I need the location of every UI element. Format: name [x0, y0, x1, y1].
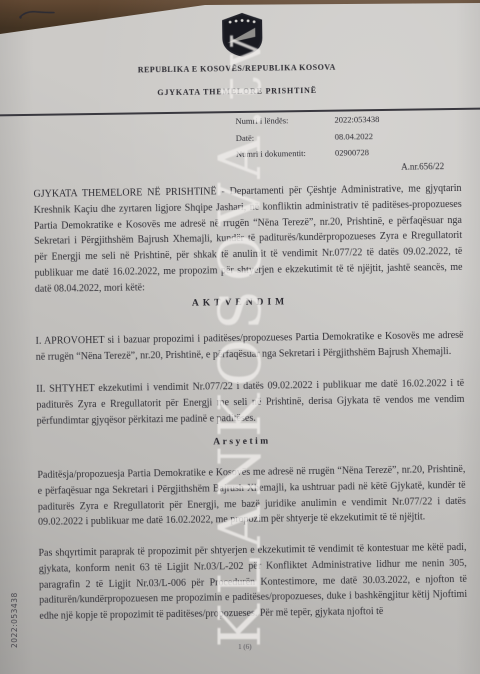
- reasoning-heading: Arsyetim: [2, 434, 480, 451]
- page-indicator: 1 (6): [5, 640, 480, 655]
- case-number-value: 2022:053438: [334, 114, 379, 125]
- date-label: Datë:: [236, 133, 255, 143]
- court-title: GJYKATA THEMELORE PRISHTINË: [0, 84, 477, 100]
- intro-paragraph: GJYKATA THEMELORE NË PRISHTINË - Departa…: [33, 181, 463, 298]
- scanned-court-document-photo: REPUBLIKA E KOSOVËS/REPUBLIKA KOSOVA GJY…: [0, 0, 480, 674]
- decision-heading: AKTVENDIM: [0, 295, 480, 312]
- case-number-label: Numri i lëndës:: [235, 115, 288, 126]
- decision-point-2: II. SHTYHET ekzekutimi i vendimit Nr.077…: [36, 376, 465, 429]
- act-number: A.nr.656/22: [0, 161, 444, 177]
- decision-point-1: I. APROVOHET si i bazuar propozimi i pad…: [35, 328, 463, 366]
- document-number-value: 02900728: [335, 147, 369, 157]
- reasoning-paragraph-1: Paditësja/propozuesja Partia Demokratike…: [37, 462, 466, 531]
- kosovo-court-shield-icon: [218, 11, 267, 59]
- document-number-label: Numri i dokumentit:: [236, 148, 306, 159]
- vertical-filing-code: 2022:053438: [10, 592, 19, 648]
- reasoning-paragraph-2: Pas shqyrtimit paraprak të propozimit pë…: [38, 540, 467, 625]
- pen-mark: [18, 7, 56, 22]
- date-value: 08.04.2022: [335, 131, 373, 142]
- republic-title: REPUBLIKA E KOSOVËS/REPUBLIKA KOSOVA: [0, 61, 477, 77]
- document-page: REPUBLIKA E KOSOVËS/REPUBLIKA KOSOVA GJY…: [0, 0, 480, 674]
